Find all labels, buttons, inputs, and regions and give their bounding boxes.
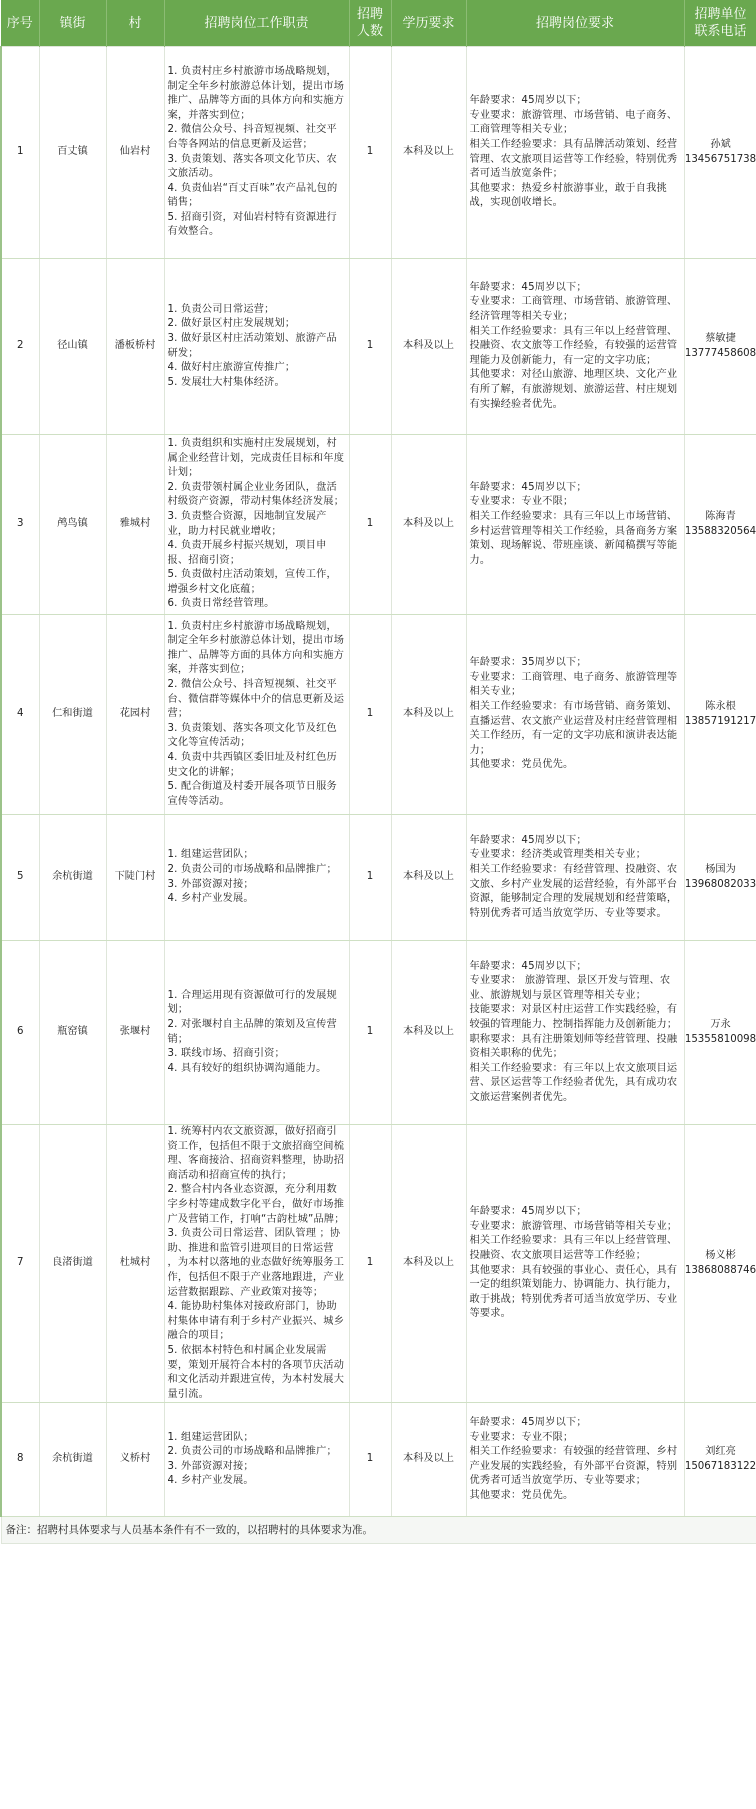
header-requirements: 招聘岗位要求 (466, 0, 684, 47)
requirement-item: 其他要求：党员优先。 (470, 1489, 682, 1504)
education-cell: 本科及以上 (391, 47, 466, 259)
education-cell: 本科及以上 (391, 815, 466, 941)
contact-cell: 杨国为13968082033 (684, 815, 756, 941)
duty-item: 5. 招商引资，对仙岩村特有资源进行有效整合。 (168, 211, 347, 240)
requirement-item: 年龄要求：45周岁以下； (470, 1205, 682, 1220)
village-cell: 雅城村 (106, 435, 164, 615)
duties-cell: 1. 组建运营团队；2. 负责公司的市场战略和品牌推广；3. 外部资源对接；4.… (164, 815, 349, 941)
contact-phone: 13588320564 (685, 525, 756, 540)
duty-item: 3. 外部资源对接； (168, 1460, 347, 1475)
requirement-item: 年龄要求：45周岁以下； (470, 481, 682, 496)
education-cell: 本科及以上 (391, 615, 466, 815)
duty-item: 2. 做好景区村庄发展规划； (168, 317, 347, 332)
requirement-item: 相关工作经验要求：有经营管理、投融资、农文旅、乡村产业发展的运营经验，有外部平台… (470, 863, 682, 921)
requirements-cell: 年龄要求：45周岁以下；专业要求：旅游管理、市场营销等相关专业；相关工作经验要求… (466, 1125, 684, 1403)
header-duties: 招聘岗位工作职责 (164, 0, 349, 47)
village-cell: 花园村 (106, 615, 164, 815)
duty-item: 4. 乡村产业发展。 (168, 1474, 347, 1489)
duty-item: 5. 发展壮大村集体经济。 (168, 376, 347, 391)
seq-cell: 2 (1, 259, 39, 435)
requirements-cell: 年龄要求：45周岁以下；专业要求： 旅游管理、景区开发与管理、农业、旅游规划与景… (466, 941, 684, 1125)
requirement-item: 专业要求： 旅游管理、景区开发与管理、农业、旅游规划与景区管理等相关专业； (470, 974, 682, 1003)
seq-cell: 4 (1, 615, 39, 815)
requirement-item: 其他要求：党员优先。 (470, 758, 682, 773)
requirement-item: 相关工作经验要求：具有三年以上经营管理、投融资、农文旅项目运营等工作经验； (470, 1234, 682, 1263)
contact-name: 孙斌 (685, 138, 756, 153)
seq-cell: 8 (1, 1403, 39, 1517)
header-count: 招聘人数 (349, 0, 391, 47)
town-cell: 径山镇 (39, 259, 106, 435)
seq-cell: 6 (1, 941, 39, 1125)
contact-phone: 15355810098 (685, 1033, 756, 1048)
requirement-item: 专业要求：专业不限； (470, 495, 682, 510)
duties-cell: 1. 负责村庄乡村旅游市场战略规划，制定全年乡村旅游总体计划，提出市场推广、品牌… (164, 615, 349, 815)
count-cell: 1 (349, 941, 391, 1125)
requirement-item: 相关工作经验要求：有三年以上农文旅项目运营、景区运营等工作经验者优先，具有成功农… (470, 1062, 682, 1106)
seq-cell: 3 (1, 435, 39, 615)
duty-item: 1. 统筹村内农文旅资源，做好招商引资工作，包括但不限于文旅招商空间梳理、客商接… (168, 1125, 347, 1183)
contact-phone: 13456751738 (685, 153, 756, 168)
requirement-item: 相关工作经验要求：具有三年以上经营管理、投融资、农文旅等工作经验，有较强的运营管… (470, 325, 682, 369)
village-cell: 仙岩村 (106, 47, 164, 259)
duty-item: 2. 负责公司的市场战略和品牌推广； (168, 1445, 347, 1460)
requirement-item: 相关工作经验要求：具有品牌活动策划、经营管理、农文旅项目运营等工作经验，特别优秀… (470, 138, 682, 182)
table-body: 1百丈镇仙岩村1. 负责村庄乡村旅游市场战略规划，制定全年乡村旅游总体计划，提出… (1, 47, 756, 1517)
contact-phone: 13857191217 (685, 715, 756, 730)
requirement-item: 其他要求：具有较强的事业心、责任心，具有一定的组织策划能力、协调能力、执行能力，… (470, 1264, 682, 1322)
count-cell: 1 (349, 615, 391, 815)
duty-item: 4. 负责中共西镇区委旧址及村红色历史文化的讲解； (168, 751, 347, 780)
duty-item: 5. 依据本村特色和村属企业发展需要，策划开展符合本村的各项节庆活动和文化活动并… (168, 1344, 347, 1402)
requirements-cell: 年龄要求：45周岁以下；专业要求：专业不限；相关工作经验要求：有较强的经营管理、… (466, 1403, 684, 1517)
duty-item: 3. 外部资源对接； (168, 878, 347, 893)
education-cell: 本科及以上 (391, 1125, 466, 1403)
header-contact-line1: 招聘单位 (687, 6, 755, 23)
requirement-item: 相关工作经验要求：有较强的经营管理、乡村产业发展的实践经验，有外部平台资源，特别… (470, 1445, 682, 1489)
table-row: 7良渚街道杜城村1. 统筹村内农文旅资源，做好招商引资工作，包括但不限于文旅招商… (1, 1125, 756, 1403)
duty-item: 4. 乡村产业发展。 (168, 892, 347, 907)
town-cell: 良渚街道 (39, 1125, 106, 1403)
village-cell: 义桥村 (106, 1403, 164, 1517)
requirements-cell: 年龄要求：45周岁以下；专业要求：经济类或管理类相关专业；相关工作经验要求：有经… (466, 815, 684, 941)
requirement-item: 年龄要求：45周岁以下； (470, 94, 682, 109)
duty-item: 3. 联线市场、招商引资； (168, 1047, 347, 1062)
header-seq: 序号 (1, 0, 39, 47)
requirement-item: 年龄要求：45周岁以下； (470, 281, 682, 296)
requirement-item: 专业要求：经济类或管理类相关专业； (470, 848, 682, 863)
town-cell: 瓶窑镇 (39, 941, 106, 1125)
duty-item: 4. 具有较好的组织协调沟通能力。 (168, 1062, 347, 1077)
town-cell: 百丈镇 (39, 47, 106, 259)
header-village: 村 (106, 0, 164, 47)
duty-item: 2. 负责公司的市场战略和品牌推广； (168, 863, 347, 878)
seq-cell: 5 (1, 815, 39, 941)
education-cell: 本科及以上 (391, 1403, 466, 1517)
duty-item: 1. 组建运营团队； (168, 848, 347, 863)
seq-cell: 7 (1, 1125, 39, 1403)
table-row: 4仁和街道花园村1. 负责村庄乡村旅游市场战略规划，制定全年乡村旅游总体计划，提… (1, 615, 756, 815)
contact-cell: 杨义彬13868088746 (684, 1125, 756, 1403)
contact-phone: 13968082033 (685, 878, 756, 893)
requirements-cell: 年龄要求：45周岁以下；专业要求：专业不限；相关工作经验要求：具有三年以上市场营… (466, 435, 684, 615)
requirement-item: 年龄要求：45周岁以下； (470, 1416, 682, 1431)
requirement-item: 相关工作经验要求：有市场营销、商务策划、直播运营、农文旅产业运营及村庄经营管理相… (470, 700, 682, 758)
duty-item: 4. 负责开展乡村振兴规划，项目申报、招商引资； (168, 539, 347, 568)
contact-phone: 15067183122 (685, 1460, 756, 1475)
recruitment-table: 序号 镇街 村 招聘岗位工作职责 招聘人数 学历要求 招聘岗位要求 招聘单位联系… (0, 0, 756, 1544)
requirement-item: 年龄要求：35周岁以下； (470, 656, 682, 671)
duties-cell: 1. 统筹村内农文旅资源，做好招商引资工作，包括但不限于文旅招商空间梳理、客商接… (164, 1125, 349, 1403)
requirements-cell: 年龄要求：45周岁以下；专业要求：旅游管理、市场营销、电子商务、工商管理等相关专… (466, 47, 684, 259)
contact-cell: 陈海青13588320564 (684, 435, 756, 615)
count-cell: 1 (349, 1403, 391, 1517)
table-row: 8余杭街道义桥村1. 组建运营团队；2. 负责公司的市场战略和品牌推广；3. 外… (1, 1403, 756, 1517)
header-town: 镇街 (39, 0, 106, 47)
contact-cell: 刘红亮15067183122 (684, 1403, 756, 1517)
requirements-cell: 年龄要求：45周岁以下；专业要求：工商管理、市场营销、旅游管理、经济管理等相关专… (466, 259, 684, 435)
table-row: 3鸬鸟镇雅城村1. 负责组织和实施村庄发展规划，村属企业经营计划，完成责任目标和… (1, 435, 756, 615)
header-count-line1: 招聘 (352, 6, 389, 23)
requirement-item: 职称要求：具有注册策划师等经营管理、投融资相关职称的优先； (470, 1033, 682, 1062)
duty-item: 3. 负责策划、落实各项文化节庆、农文旅活动。 (168, 153, 347, 182)
education-cell: 本科及以上 (391, 435, 466, 615)
duty-item: 4. 负责仙岩“百丈百味”农产品礼包的销售； (168, 182, 347, 211)
duty-item: 5. 配合街道及村委开展各项节日服务宣传等活动。 (168, 780, 347, 809)
duties-cell: 1. 组建运营团队；2. 负责公司的市场战略和品牌推广；3. 外部资源对接；4.… (164, 1403, 349, 1517)
requirement-item: 相关工作经验要求：具有三年以上市场营销、乡村运营管理等相关工作经验，具备商务方案… (470, 510, 682, 568)
duty-item: 1. 负责公司日常运营； (168, 303, 347, 318)
duty-item: 2. 对张堰村自主品牌的策划及宣传营销； (168, 1018, 347, 1047)
requirement-item: 其他要求：对径山旅游、地理区块、文化产业有所了解，有旅游规划、旅游运营、村庄规划… (470, 368, 682, 412)
note-row: 备注：招聘村具体要求与人员基本条件有不一致的，以招聘村的具体要求为准。 (1, 1517, 756, 1544)
header-row: 序号 镇街 村 招聘岗位工作职责 招聘人数 学历要求 招聘岗位要求 招聘单位联系… (1, 0, 756, 47)
duty-item: 5. 负责做村庄活动策划，宣传工作，增强乡村文化底蕴； (168, 568, 347, 597)
village-cell: 潘板桥村 (106, 259, 164, 435)
duty-item: 1. 负责组织和实施村庄发展规划，村属企业经营计划，完成责任目标和年度计划； (168, 437, 347, 481)
contact-name: 陈永根 (685, 700, 756, 715)
contact-cell: 蔡敏捷13777458608 (684, 259, 756, 435)
duty-item: 1. 合理运用现有资源做可行的发展规划； (168, 989, 347, 1018)
duty-item: 1. 负责村庄乡村旅游市场战略规划，制定全年乡村旅游总体计划，提出市场推广、品牌… (168, 620, 347, 678)
header-count-line2: 人数 (352, 23, 389, 40)
duty-item: 4. 能协助村集体对接政府部门，协助村集体申请有利于乡村产业振兴、城乡融合的项目… (168, 1300, 347, 1344)
requirements-cell: 年龄要求：35周岁以下；专业要求：工商管理、电子商务、旅游管理等相关专业；相关工… (466, 615, 684, 815)
contact-cell: 陈永根13857191217 (684, 615, 756, 815)
requirement-item: 年龄要求：45周岁以下； (470, 834, 682, 849)
duty-item: 2. 微信公众号、抖音短视频、社交平台、微信群等媒体中介的信息更新及运营； (168, 678, 347, 722)
duties-cell: 1. 负责村庄乡村旅游市场战略规划，制定全年乡村旅游总体计划，提出市场推广、品牌… (164, 47, 349, 259)
town-cell: 余杭街道 (39, 1403, 106, 1517)
requirement-item: 专业要求：工商管理、市场营销、旅游管理、经济管理等相关专业； (470, 295, 682, 324)
requirement-item: 专业要求：旅游管理、市场营销、电子商务、工商管理等相关专业； (470, 109, 682, 138)
header-contact: 招聘单位联系电话 (684, 0, 756, 47)
duty-item: 4. 做好村庄旅游宣传推广； (168, 361, 347, 376)
duties-cell: 1. 负责组织和实施村庄发展规划，村属企业经营计划，完成责任目标和年度计划；2.… (164, 435, 349, 615)
count-cell: 1 (349, 259, 391, 435)
duties-cell: 1. 负责公司日常运营；2. 做好景区村庄发展规划；3. 做好景区村庄活动策划、… (164, 259, 349, 435)
duties-cell: 1. 合理运用现有资源做可行的发展规划；2. 对张堰村自主品牌的策划及宣传营销；… (164, 941, 349, 1125)
header-education: 学历要求 (391, 0, 466, 47)
table-row: 5余杭街道下陡门村1. 组建运营团队；2. 负责公司的市场战略和品牌推广；3. … (1, 815, 756, 941)
requirement-item: 年龄要求：45周岁以下； (470, 960, 682, 975)
table-row: 1百丈镇仙岩村1. 负责村庄乡村旅游市场战略规划，制定全年乡村旅游总体计划，提出… (1, 47, 756, 259)
count-cell: 1 (349, 1125, 391, 1403)
education-cell: 本科及以上 (391, 259, 466, 435)
requirement-item: 专业要求：专业不限； (470, 1431, 682, 1446)
contact-phone: 13868088746 (685, 1264, 756, 1279)
duty-item: 1. 组建运营团队； (168, 1431, 347, 1446)
duty-item: 3. 负责整合资源，因地制宜发展产业，助力村民就业增收； (168, 510, 347, 539)
village-cell: 下陡门村 (106, 815, 164, 941)
duty-item: 1. 负责村庄乡村旅游市场战略规划，制定全年乡村旅游总体计划，提出市场推广、品牌… (168, 65, 347, 123)
duty-item: 6. 负责日常经营管理。 (168, 597, 347, 612)
requirement-item: 其他要求：热爱乡村旅游事业，敢于自我挑战，实现创收增长。 (470, 182, 682, 211)
village-cell: 杜城村 (106, 1125, 164, 1403)
contact-name: 万永 (685, 1018, 756, 1033)
table-row: 6瓶窑镇张堰村1. 合理运用现有资源做可行的发展规划；2. 对张堰村自主品牌的策… (1, 941, 756, 1125)
duty-item: 2. 微信公众号、抖音短视频、社交平台等各网站的信息更新及运营； (168, 123, 347, 152)
contact-phone: 13777458608 (685, 347, 756, 362)
town-cell: 鸬鸟镇 (39, 435, 106, 615)
contact-name: 刘红亮 (685, 1445, 756, 1460)
town-cell: 余杭街道 (39, 815, 106, 941)
contact-name: 杨国为 (685, 863, 756, 878)
header-contact-line2: 联系电话 (687, 23, 755, 40)
duty-item: 2. 整合村内各业态资源，充分利用数字乡村等建成数字化平台，做好市场推广及营销工… (168, 1183, 347, 1227)
contact-name: 杨义彬 (685, 1249, 756, 1264)
count-cell: 1 (349, 47, 391, 259)
table-row: 2径山镇潘板桥村1. 负责公司日常运营；2. 做好景区村庄发展规划；3. 做好景… (1, 259, 756, 435)
count-cell: 1 (349, 815, 391, 941)
requirement-item: 技能要求：对景区村庄运营工作实践经验，有较强的管理能力、控制指挥能力及创新能力； (470, 1003, 682, 1032)
requirement-item: 专业要求：工商管理、电子商务、旅游管理等相关专业； (470, 671, 682, 700)
footnote: 备注：招聘村具体要求与人员基本条件有不一致的，以招聘村的具体要求为准。 (1, 1517, 756, 1544)
education-cell: 本科及以上 (391, 941, 466, 1125)
duty-item: 3. 做好景区村庄活动策划、旅游产品研发； (168, 332, 347, 361)
seq-cell: 1 (1, 47, 39, 259)
contact-name: 蔡敏捷 (685, 332, 756, 347)
requirement-item: 专业要求：旅游管理、市场营销等相关专业； (470, 1220, 682, 1235)
duty-item: 3. 负责公司日常运营、团队管理 ；协助、推进和监管引进项目的日常运营 ，为本村… (168, 1227, 347, 1300)
village-cell: 张堰村 (106, 941, 164, 1125)
duty-item: 2. 负责带领村属企业业务团队，盘活村级资产资源，带动村集体经济发展； (168, 481, 347, 510)
town-cell: 仁和街道 (39, 615, 106, 815)
contact-cell: 万永15355810098 (684, 941, 756, 1125)
count-cell: 1 (349, 435, 391, 615)
contact-name: 陈海青 (685, 510, 756, 525)
duty-item: 3. 负责策划、落实各项文化节及红色文化等宣传活动； (168, 722, 347, 751)
contact-cell: 孙斌13456751738 (684, 47, 756, 259)
